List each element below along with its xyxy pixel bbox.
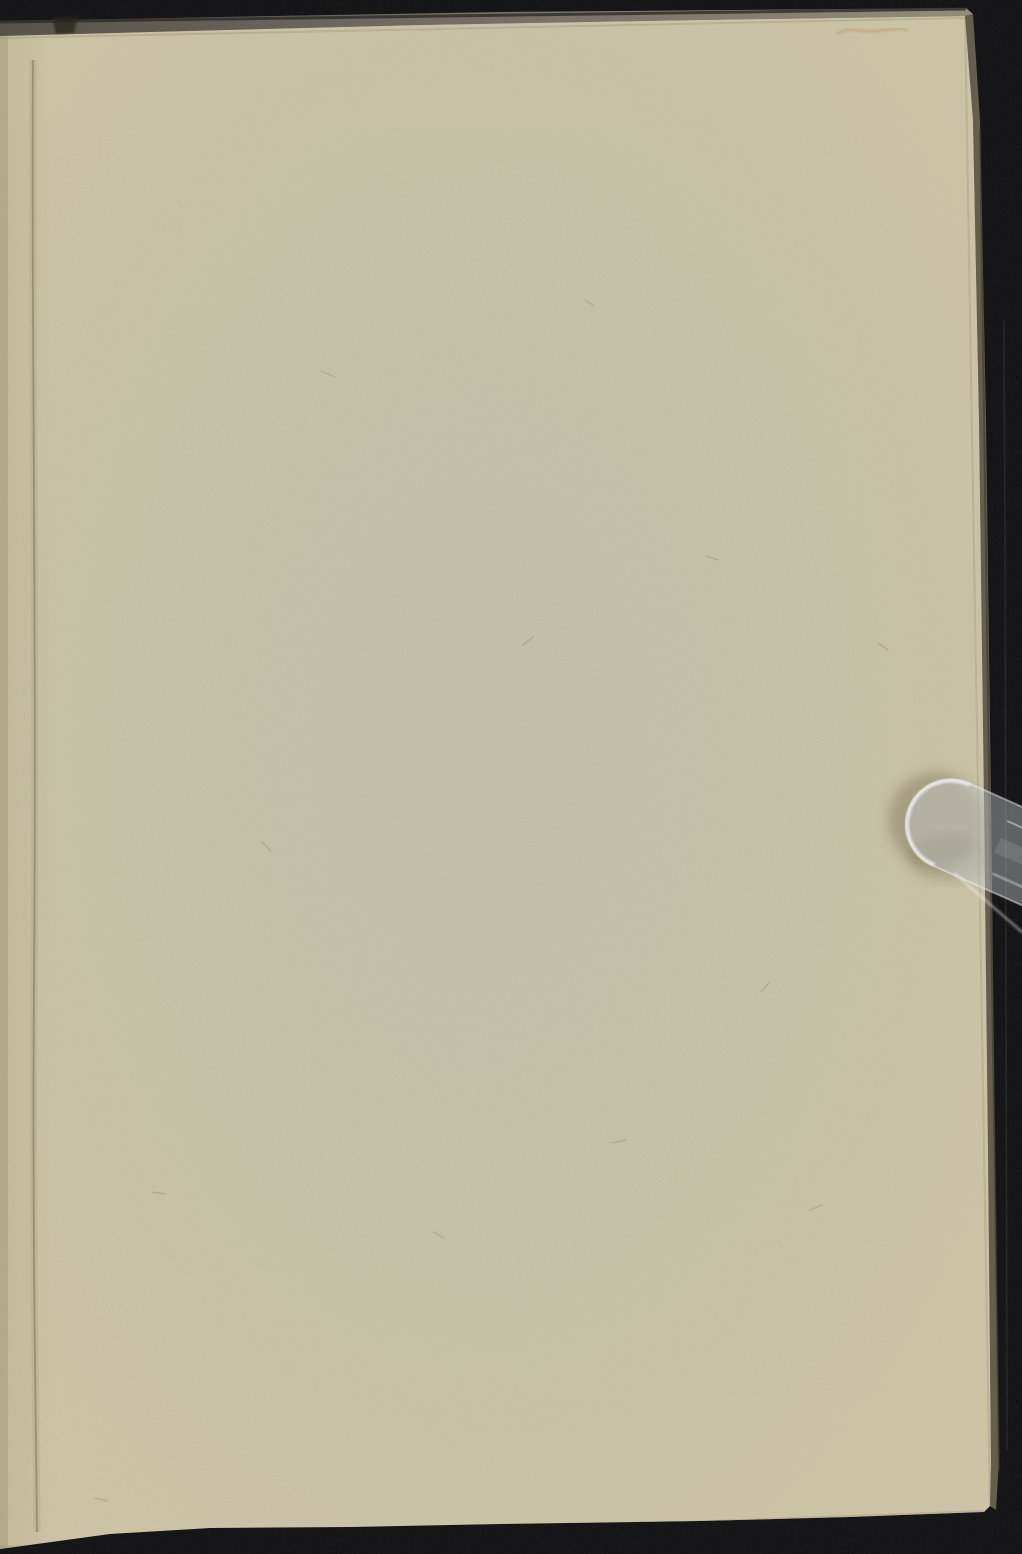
book-scan-image bbox=[0, 0, 1022, 1554]
cover-gap-notch bbox=[52, 16, 78, 34]
paper-grain-texture bbox=[0, 16, 991, 1549]
page-surface-shading bbox=[0, 0, 1022, 1554]
scan-canvas bbox=[0, 0, 1022, 1554]
